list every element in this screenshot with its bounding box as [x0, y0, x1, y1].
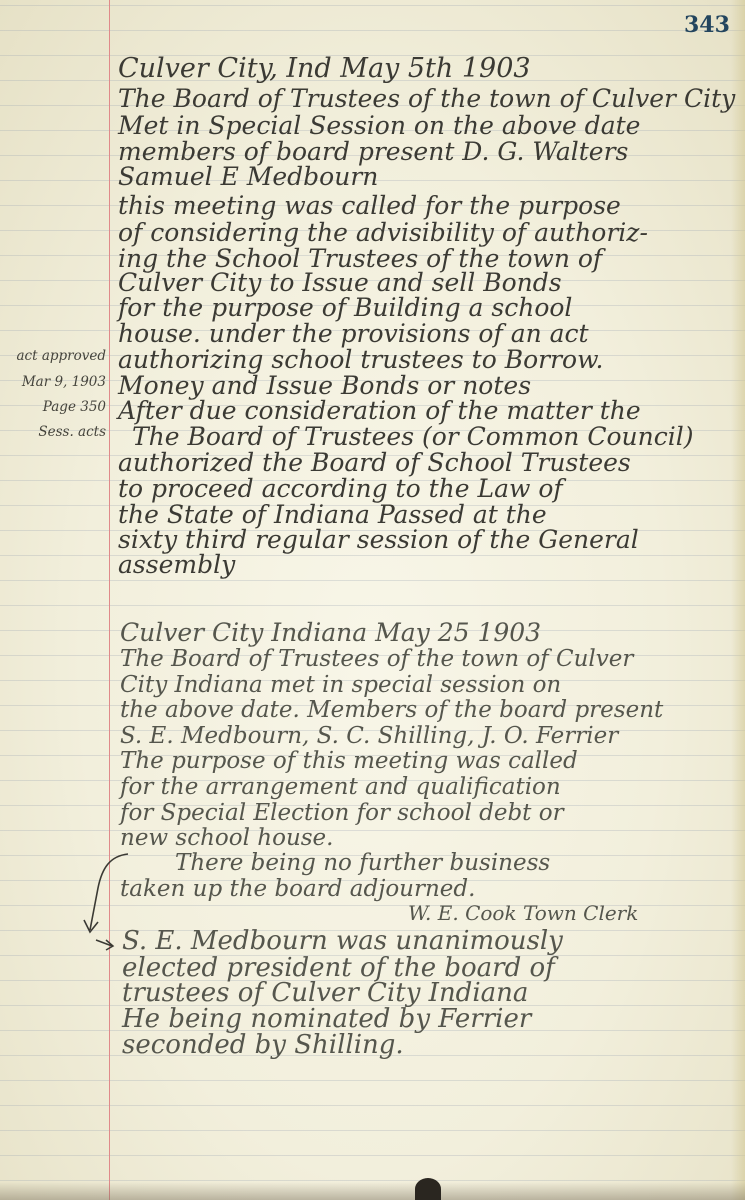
entry-heading: Culver City Indiana May 25 1903	[120, 620, 541, 645]
entry-line: authorizing school trustees to Borrow.	[118, 347, 604, 372]
entry-line: members of board present D. G. Walters	[118, 139, 628, 164]
entry-line: The Board of Trustees of the town of Cul…	[120, 648, 633, 671]
margin-note-line: Sess. acts	[6, 424, 106, 440]
margin-arrow-icon	[70, 848, 130, 958]
entry-line: of considering the advisibility of autho…	[118, 220, 648, 245]
entry-line: He being nominated by Ferrier	[122, 1006, 531, 1032]
entry-line: After due consideration of the matter th…	[118, 398, 641, 423]
entry-line: taken up the board adjourned.	[120, 878, 475, 901]
page-edge-shadow	[731, 0, 745, 1200]
margin-rule	[109, 0, 110, 1200]
page-bottom-shadow	[0, 1182, 745, 1200]
entry-line: assembly	[118, 552, 235, 577]
entry-line: the above date. Members of the board pre…	[120, 699, 663, 722]
entry-heading: Culver City, Ind May 5th 1903	[118, 55, 531, 82]
margin-note-line: Page 350	[6, 399, 106, 415]
ledger-page: 343 act approved Mar 9, 1903 Page 350 Se…	[0, 0, 745, 1200]
ink-mark	[415, 1178, 441, 1200]
entry-line: The Board of Trustees of the town of Cul…	[118, 86, 735, 111]
entry-line: for the arrangement and qualification	[120, 776, 561, 799]
entry-line: S. E. Medbourn was unanimously	[122, 928, 563, 954]
entry-line: trustees of Culver City Indiana	[122, 980, 528, 1006]
entry-line: City Indiana met in special session on	[120, 674, 561, 697]
margin-note-line: act approved	[6, 348, 106, 364]
entry-line: the State of Indiana Passed at the	[118, 502, 547, 527]
entry-line: seconded by Shilling.	[122, 1032, 404, 1058]
clerk-signature: W. E. Cook Town Clerk	[408, 903, 638, 923]
entry-line: Met in Special Session on the above date	[118, 113, 640, 138]
entry-line: The purpose of this meeting was called	[120, 750, 578, 773]
entry-line: Culver City to Issue and sell Bonds	[118, 270, 562, 295]
entry-line: sixty third regular session of the Gener…	[118, 527, 639, 552]
entry-line: authorized the Board of School Trustees	[118, 450, 631, 475]
entry-line: Samuel E Medbourn	[118, 164, 378, 189]
entry-line: this meeting was called for the purpose	[118, 193, 621, 218]
entry-line: The Board of Trustees (or Common Council…	[132, 424, 694, 449]
entry-line: to proceed according to the Law of	[118, 476, 563, 501]
entry-line: S. E. Medbourn, S. C. Shilling, J. O. Fe…	[120, 725, 618, 748]
entry-line: There being no further business	[175, 852, 550, 875]
page-number: 343	[684, 12, 730, 38]
entry-line: for the purpose of Building a school	[118, 295, 572, 320]
entry-line: Money and Issue Bonds or notes	[118, 373, 531, 398]
entry-line: house. under the provisions of an act	[118, 321, 589, 346]
entry-line: for Special Election for school debt or	[120, 802, 564, 825]
entry-line: new school house.	[120, 827, 333, 850]
margin-note-line: Mar 9, 1903	[6, 374, 106, 390]
